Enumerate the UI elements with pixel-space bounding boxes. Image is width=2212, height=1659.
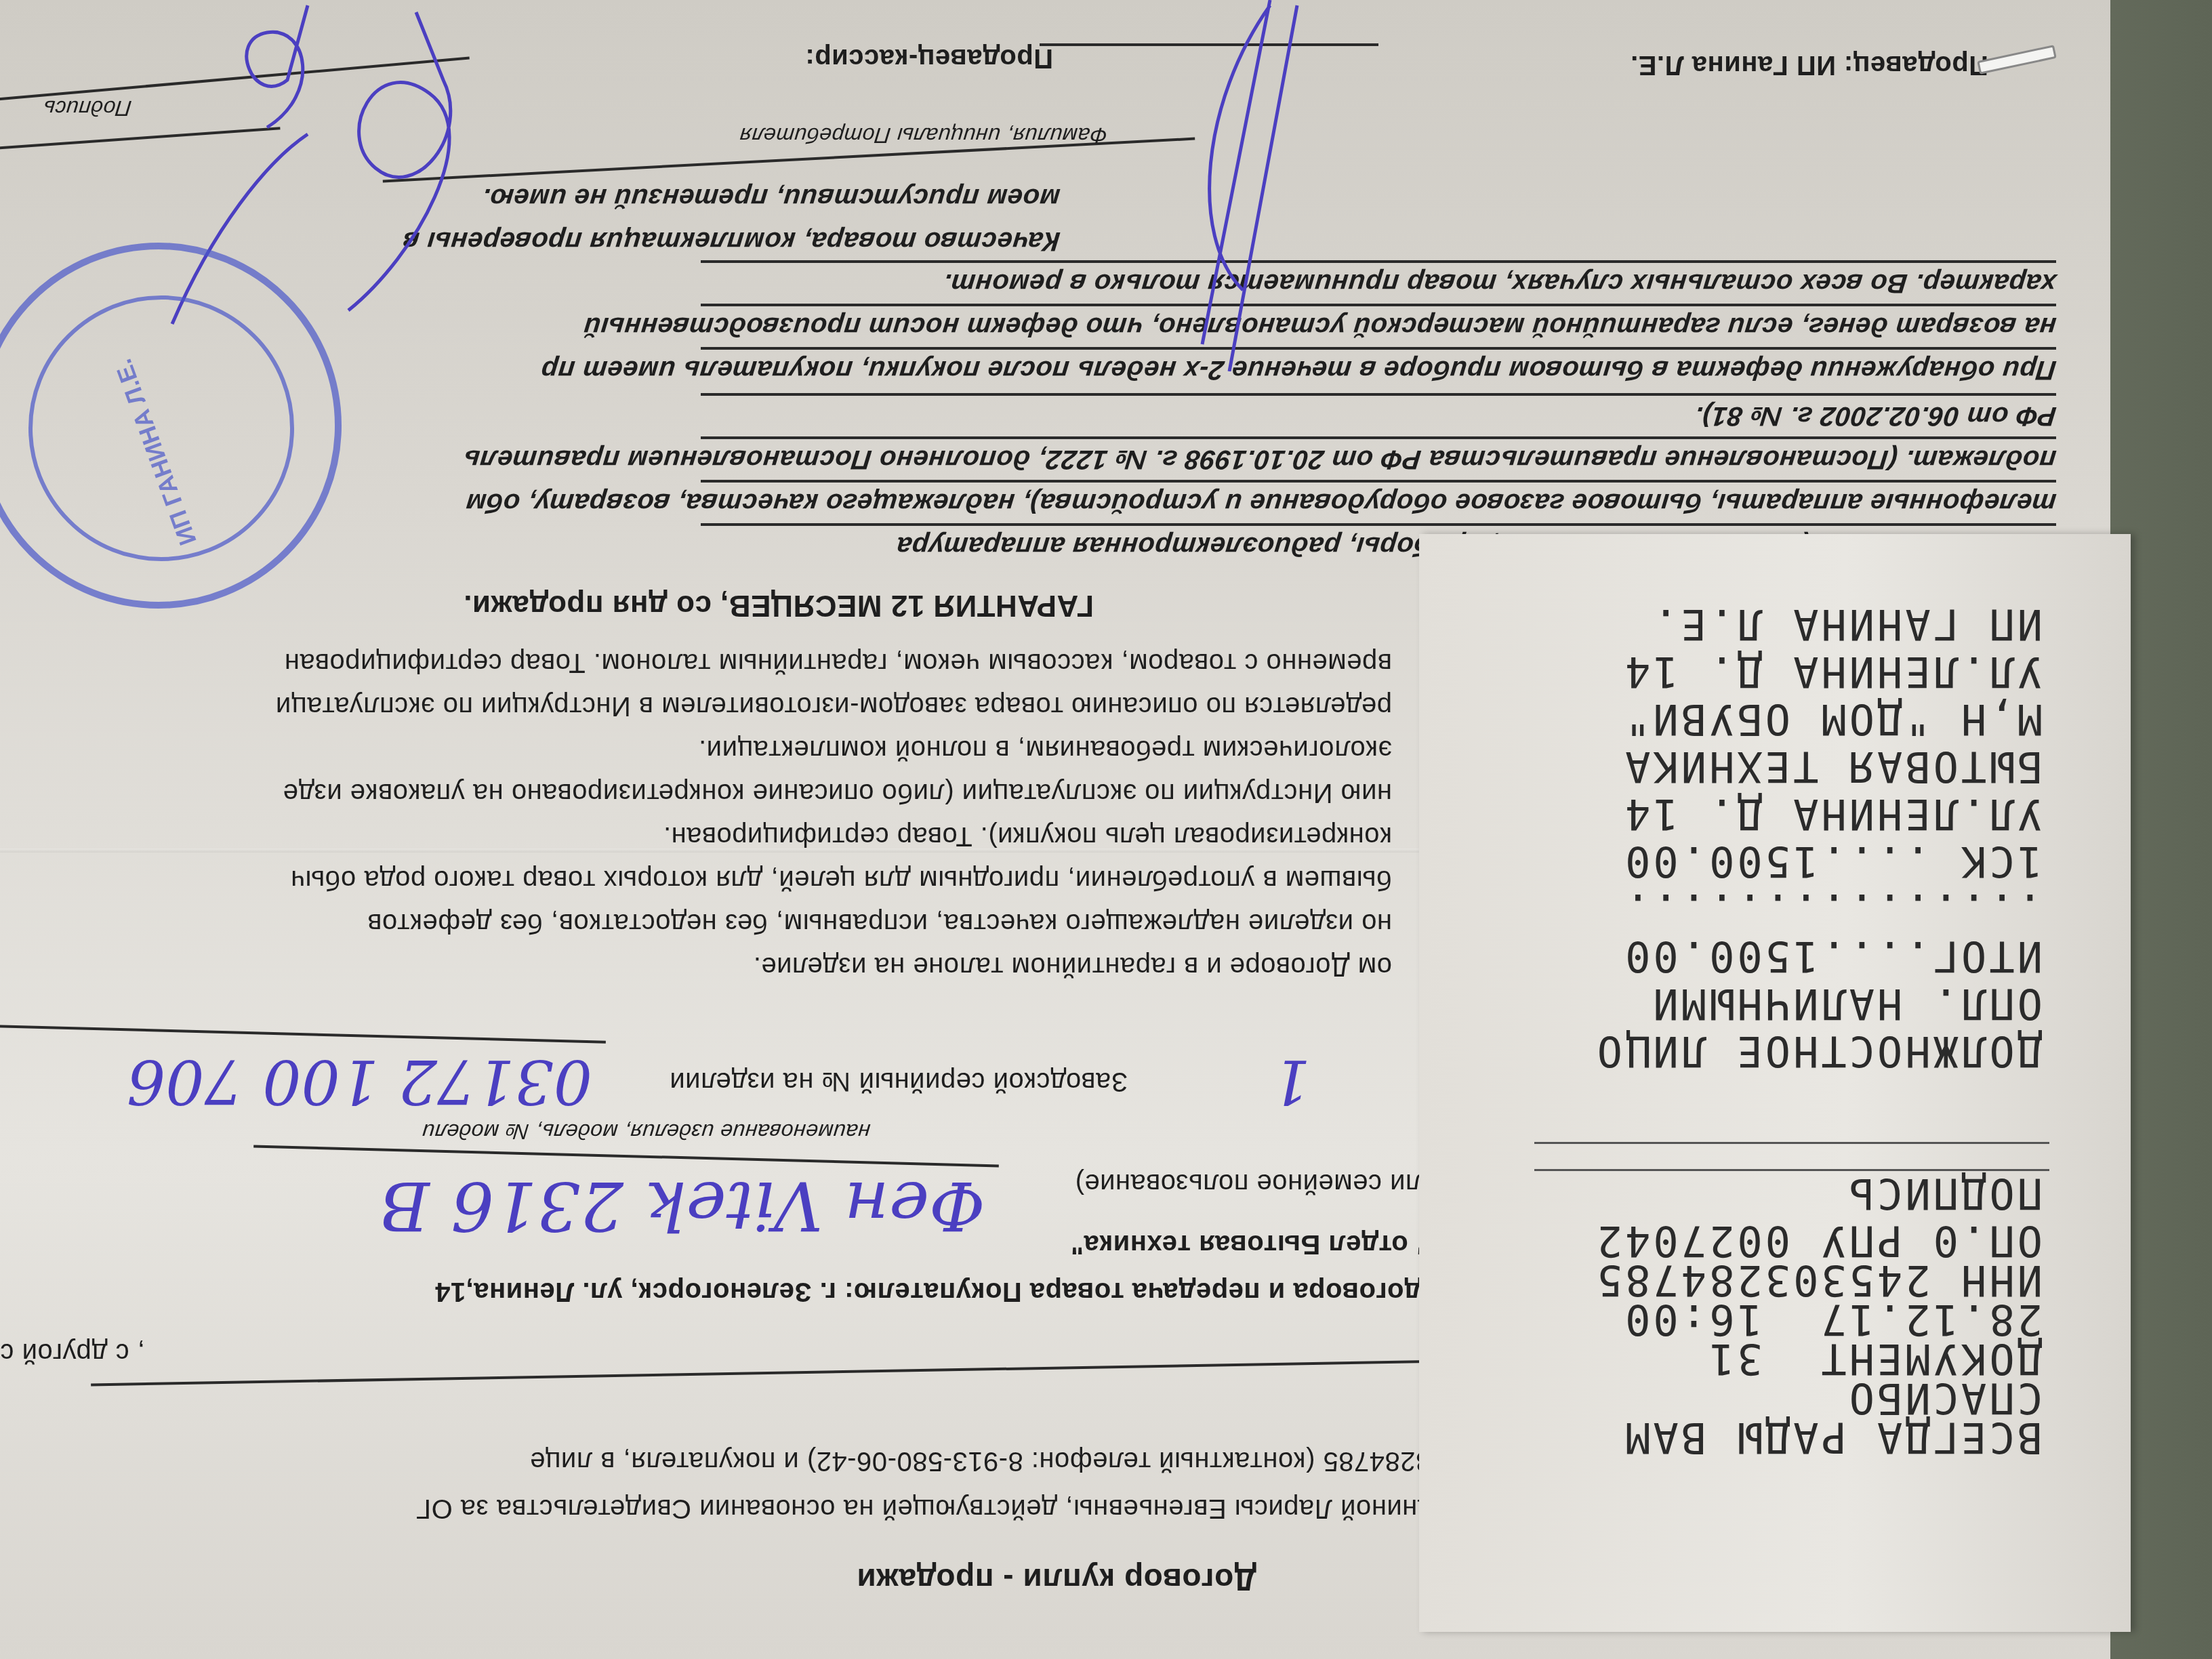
item-handwritten: Фен Vitek 2316 В: [380, 1166, 985, 1246]
body-line: конкретизировал цель покупки). Товар сер…: [663, 821, 1392, 851]
quantity-handwritten: 1: [1272, 1046, 1311, 1117]
buyer-line: [91, 1360, 1446, 1387]
body-line: бывшем в употреблении, пригодным для цел…: [291, 864, 1392, 895]
receipt-line: УЛ.ЛЕНИНА Д. 14: [1622, 647, 2043, 697]
warranty-line: РФ от 06.02.2002 г. № 81).: [1693, 401, 2057, 431]
underline: [701, 393, 2056, 396]
family-use: (или семейное пользование): [1075, 1168, 1446, 1198]
seller-label: Продавец: ИП Ганина Л.Е.: [1631, 49, 1988, 80]
receipt-line: ДОЛЖНОСТНОЕ ЛИЦО: [1595, 1027, 2043, 1076]
item-caption: наименование изделия, модель, № модели: [421, 1119, 872, 1144]
underline: [701, 480, 2056, 483]
warranty-line: подлежат. (Постановление правительства Р…: [462, 444, 2057, 474]
serial-label: Заводской серийный № на изделии: [670, 1066, 1128, 1097]
warranty-line: телефонные аппараты, бытовое газовое обо…: [464, 487, 2057, 518]
underline: [701, 523, 2056, 526]
receipt-line: М,Н "ДОМ ОБУВИ": [1622, 695, 2043, 744]
quality-line: моем присутствии, претензий не имею.: [480, 182, 1062, 213]
photo-scene: "28" 12 Договор купли - продажи Ганиной …: [0, 0, 2212, 1659]
receipt-rule: [1534, 1142, 2049, 1144]
department: и" отдел Бытовая техника": [1070, 1229, 1446, 1259]
receipt-line: ОПЛ. НАЛИЧНЫМИ: [1650, 979, 2043, 1029]
seller-intro: Ганиной Ларисы Евгеньевны, действующей н…: [416, 1493, 1446, 1523]
warranty-heading: ГАРАНТИЯ 12 МЕСЯЦЕВ, со дня продажи.: [464, 588, 1094, 622]
body-line: временно с товаром, кассовым чеком, гара…: [284, 647, 1392, 678]
receipt-line: 1СК ....1500.00: [1622, 837, 2043, 886]
other-side: , с другой ст: [0, 1337, 145, 1368]
body-line: но изделие надлежащего качества, исправн…: [367, 907, 1392, 938]
receipt-line: ...............: [1622, 884, 2043, 934]
contract-title: Договор купли - продажи: [857, 1561, 1256, 1598]
seller-signature-icon: [1094, 0, 1365, 371]
body-line: ределяется по описанию товара заводом-из…: [275, 691, 1392, 721]
underline: [701, 260, 2056, 263]
underline: [701, 304, 2056, 306]
inn-phone: 03284785 (контактный телефон: 8-913-580-…: [530, 1446, 1446, 1476]
buyer-caption: Фамилия, инициалы Потребителя: [738, 123, 1108, 148]
cash-receipt: ИП ГАНИНА Л.Е.УЛ.ЛЕНИНА Д. 14М,Н "ДОМ ОБ…: [1419, 534, 2131, 1632]
serial-line: [0, 1025, 606, 1044]
cashier-label: Продавец-кассир:: [805, 43, 1053, 73]
receipt-line: БЫТОВАЯ ТЕХНИКА: [1622, 742, 2043, 792]
receipt-line: УЛ.ЛЕНИНА Д. 14: [1622, 790, 2043, 839]
body-line: экологическим требованиям, в полной комп…: [699, 734, 1392, 764]
serial-handwritten: 03172 100 706: [127, 1046, 592, 1117]
receipt-line: ИП ГАНИНА Л.Е.: [1650, 600, 2043, 649]
body-line: ом Договоре и в гарантийном талоне на из…: [753, 951, 1392, 981]
underline: [701, 436, 2056, 439]
item-line: [253, 1145, 999, 1168]
cashier-signature-icon: [179, 0, 348, 134]
receipt-footer-line: ВСЕГДА РАДЫ ВАМ: [1622, 1413, 2043, 1462]
body-line: нию Инструкции по эксплуатации (либо опи…: [283, 777, 1392, 808]
underline: [701, 347, 2056, 350]
receipt-line: ИТОГ....1500.00: [1622, 932, 2043, 981]
transfer-address: о договора и передача товара Покупателю:…: [435, 1276, 1446, 1307]
receipt-signature-label: ПОДПИСЬ: [1847, 1169, 2043, 1218]
